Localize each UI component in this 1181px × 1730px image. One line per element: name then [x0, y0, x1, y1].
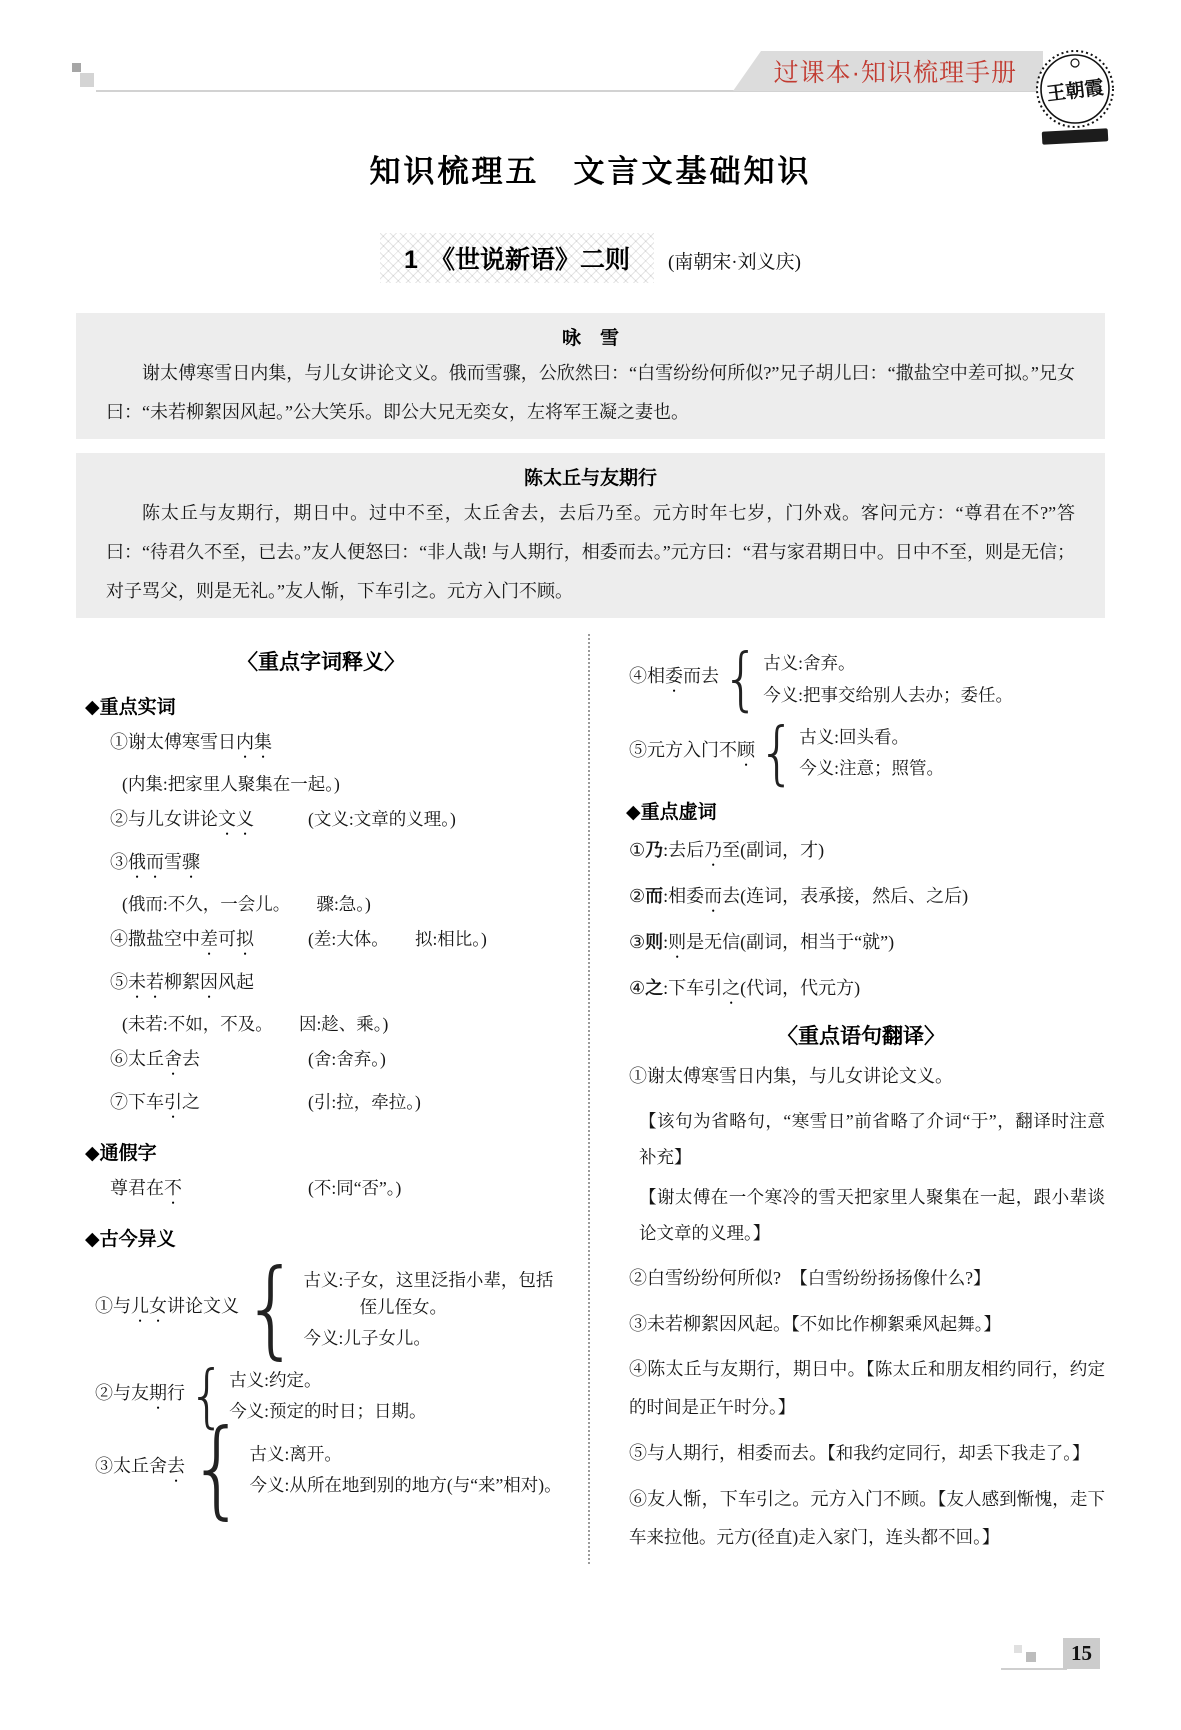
translation-note: 【该句为省略句，“寒雪日”前省略了介词“于”，翻译时注意补充】 — [639, 1104, 1105, 1176]
source-sentence: ④陈太丘与友期行，期日中。 — [629, 1359, 866, 1379]
phrase: ⑦下车引之 — [110, 1088, 308, 1122]
keyword-item: 尊君在不 (不:同“否”。) — [110, 1174, 566, 1208]
gujin-meanings: 古义:约定。 今义:预定的时日；日期。 — [229, 1367, 426, 1425]
keyword-item: ①谢太傅寒雪日内集 — [110, 728, 566, 762]
source-sentence: ①谢太傅寒雪日内集，与儿女讲论文义。 — [629, 1066, 953, 1086]
phrase: ③太丘舍去 — [95, 1452, 185, 1486]
lesson-number: 1 — [404, 246, 418, 275]
subsection-gujin: ◆古今异义 — [85, 1224, 566, 1251]
two-column-area: 〈重点字词释义〉 ◆重点实词 ①谢太傅寒雪日内集 (内集:把家里人聚集在一起。)… — [76, 634, 1105, 1564]
phrase: ③俄而雪骤 — [110, 848, 308, 882]
ancient-meaning: 古义:离开。 — [250, 1441, 562, 1467]
phrase: ⑥太丘舍去 — [110, 1045, 308, 1079]
phrase: ①谢太傅寒雪日内集 — [110, 728, 308, 762]
lesson-name: 《世说新语》二则 — [430, 240, 630, 276]
ancient-meaning: 古义:回头看。 — [799, 724, 944, 750]
gujin-item: ⑤元方入门不顾 古义:回头看。 今义:注意；照管。 — [629, 724, 1105, 782]
page-title: 知识梳理五 文言文基础知识 — [76, 146, 1105, 191]
translation-item: ④陈太丘与友期行，期日中。【陈太丘和朋友相约同行，约定的时间是正午时分。】 — [629, 1351, 1105, 1427]
gujin-item: ④相委而去 古义:舍弃。 今义:把事交给别人去办；委任。 — [629, 650, 1105, 708]
gujin-item: ②与友期行 古义:约定。 今义:预定的时日；日期。 — [95, 1367, 566, 1425]
section-heading-words: 〈重点字词释义〉 — [76, 646, 566, 676]
phrase-note: (俄而:不久，一会儿。 骤:急。) — [122, 891, 566, 916]
ancient-meaning: 古义:约定。 — [229, 1367, 426, 1393]
xuci-item: ①乃:去后乃至(副词，才) — [629, 836, 1105, 870]
footer-rule — [1001, 1668, 1067, 1670]
translation-note: 【白雪纷纷扬扬像什么?】 — [799, 1268, 991, 1288]
modern-meaning: 今义:把事交给别人去办；委任。 — [763, 682, 1013, 708]
gujin-meanings: 古义:子女，这里泛指小辈，包括侄儿侄女。 今义:儿子女儿。 — [304, 1267, 566, 1351]
lesson-title-banner: 1 《世说新语》二则 — [380, 233, 654, 283]
translation-note: 【谢太傅在一个寒冷的雪天把家里人聚集在一起，跟小辈谈论文章的义理。】 — [639, 1180, 1105, 1252]
lesson-author: (南朝宋·刘义庆) — [668, 247, 801, 274]
phrase-note: (引:拉，牵拉。) — [308, 1089, 421, 1114]
page-number: 15 — [1063, 1638, 1100, 1669]
translation-item: ⑤与人期行，相委而去。【和我约定同行，却丢下我走了。】 — [629, 1435, 1105, 1473]
passage-yong-xue: 咏 雪 谢太傅寒雪日内集，与儿女讲论文义。俄而雪骤，公欣然曰：“白雪纷纷何所似?… — [76, 313, 1105, 439]
keyword-item: ⑤未若柳絮因风起 — [110, 968, 566, 1002]
translation-item: ②白雪纷纷何所似? 【白雪纷纷扬扬像什么?】 — [629, 1260, 1105, 1298]
gujin-item: ③太丘舍去 古义:离开。 今义:从所在地到别的地方(与“来”相对)。 — [95, 1441, 566, 1499]
xuci-item: ④之:下车引之(代词，代元方) — [629, 974, 1105, 1008]
passage-text: 陈太丘与友期行，期日中。过中不至，太丘舍去，去后乃至。元方时年七岁，门外戏。客问… — [106, 494, 1075, 610]
translation-item: ③未若柳絮因风起。【不如比作柳絮乘风起舞。】 — [629, 1306, 1105, 1344]
gujin-meanings: 古义:舍弃。 今义:把事交给别人去办；委任。 — [763, 650, 1013, 708]
phrase-note: (舍:舍弃。) — [308, 1046, 386, 1071]
phrase: ①与儿女讲论文义 — [95, 1292, 239, 1326]
modern-meaning: 今义:预定的时日；日期。 — [229, 1398, 426, 1424]
passage-chen-taiqiu: 陈太丘与友期行 陈太丘与友期行，期日中。过中不至，太丘舍去，去后乃至。元方时年七… — [76, 453, 1105, 618]
phrase: 尊君在不 — [110, 1174, 308, 1208]
translation-note: 【和我约定同行，却丢下我走了。】 — [827, 1443, 1090, 1463]
phrase-note: (内集:把家里人聚集在一起。) — [122, 771, 566, 796]
ancient-meaning: 古义:舍弃。 — [763, 650, 1013, 676]
decor-square-dark — [1026, 1652, 1036, 1662]
subsection-tongjia: ◆通假字 — [85, 1138, 566, 1165]
passage-text: 谢太傅寒雪日内集，与儿女讲论文义。俄而雪骤，公欣然曰：“白雪纷纷何所似?”兄子胡… — [106, 354, 1075, 431]
source-sentence: ⑥友人惭，下车引之。元方入门不顾。 — [629, 1489, 937, 1509]
lesson-heading: 1 《世说新语》二则 (南朝宋·刘义庆) — [76, 233, 1105, 283]
passage-title: 咏 雪 — [106, 323, 1075, 350]
modern-meaning: 今义:注意；照管。 — [799, 755, 944, 781]
gujin-meanings: 古义:离开。 今义:从所在地到别的地方(与“来”相对)。 — [250, 1441, 562, 1499]
phrase: ④相委而去 — [629, 662, 719, 696]
section-heading-translation: 〈重点语句翻译〉 — [617, 1020, 1105, 1050]
textbook-page: 过课本·知识梳理手册 王朝霞 知识梳理五 文言文基础知识 1 《世说新语》二则 … — [0, 0, 1181, 1730]
phrase: ②与儿女讲论文义 — [110, 805, 308, 839]
source-sentence: ③未若柳絮因风起。 — [629, 1314, 791, 1334]
gujin-item: ①与儿女讲论文义 古义:子女，这里泛指小辈，包括侄儿侄女。 今义:儿子女儿。 — [95, 1267, 566, 1351]
ancient-meaning: 古义:子女，这里泛指小辈，包括侄儿侄女。 — [304, 1267, 566, 1320]
keyword-item: ⑥太丘舍去 (舍:舍弃。) — [110, 1045, 566, 1079]
translation-item: ①谢太傅寒雪日内集，与儿女讲论文义。 — [629, 1058, 1105, 1096]
phrase: ⑤未若柳絮因风起 — [110, 968, 308, 1002]
keyword-item: ③俄而雪骤 — [110, 848, 566, 882]
subsection-xuci: ◆重点虚词 — [626, 797, 1105, 824]
phrase-note: (文义:文章的义理。) — [308, 806, 456, 831]
translation-item: ⑥友人惭，下车引之。元方入门不顾。【友人感到惭愧，走下车来拉他。元方(径直)走入… — [629, 1481, 1105, 1557]
keyword-item: ⑦下车引之 (引:拉，牵拉。) — [110, 1088, 566, 1122]
phrase: ⑤元方入门不顾 — [629, 736, 755, 770]
translation-note: 【不如比作柳絮乘风起舞。】 — [791, 1314, 1001, 1334]
xuci-item: ②而:相委而去(连词，表承接，然后、之后) — [629, 882, 1105, 916]
modern-meaning: 今义:儿子女儿。 — [304, 1325, 566, 1351]
phrase-note: (差:大体。 拟:相比。) — [308, 926, 487, 951]
page-content: 知识梳理五 文言文基础知识 1 《世说新语》二则 (南朝宋·刘义庆) 咏 雪 谢… — [76, 0, 1105, 1564]
gujin-meanings: 古义:回头看。 今义:注意；照管。 — [799, 724, 944, 782]
source-sentence: ⑤与人期行，相委而去。 — [629, 1443, 827, 1463]
keyword-item: ②与儿女讲论文义 (文义:文章的义理。) — [110, 805, 566, 839]
subsection-shici: ◆重点实词 — [85, 692, 566, 719]
modern-meaning: 今义:从所在地到别的地方(与“来”相对)。 — [250, 1472, 562, 1498]
xuci-item: ③则:则是无信(副词，相当于“就”) — [629, 928, 1105, 962]
passage-title: 陈太丘与友期行 — [106, 463, 1075, 490]
left-column: 〈重点字词释义〉 ◆重点实词 ①谢太傅寒雪日内集 (内集:把家里人聚集在一起。)… — [76, 634, 588, 1564]
phrase: ④撒盐空中差可拟 — [110, 925, 308, 959]
phrase: ②与友期行 — [95, 1379, 185, 1413]
right-column: ④相委而去 古义:舍弃。 今义:把事交给别人去办；委任。 ⑤元方入门不顾 古义:… — [588, 634, 1105, 1564]
phrase-note: (未若:不如，不及。 因:趁、乘。) — [122, 1011, 566, 1036]
source-sentence: ②白雪纷纷何所似? — [629, 1268, 799, 1288]
phrase-note: (不:同“否”。) — [308, 1175, 401, 1200]
keyword-item: ④撒盐空中差可拟 (差:大体。 拟:相比。) — [110, 925, 566, 959]
decor-square-light — [1014, 1645, 1022, 1653]
